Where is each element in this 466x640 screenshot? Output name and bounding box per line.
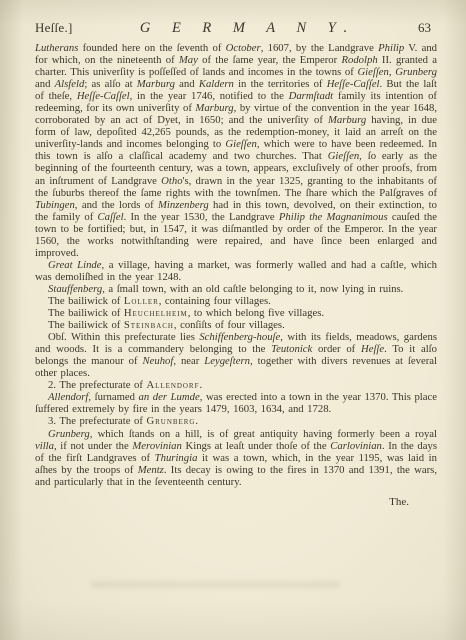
paragraph-great-linde: Great Linde, a village, having a market,… [35, 259, 437, 283]
paragraph-bailiwick-steinbach: The bailiwick of Steinbach, conſiſts of … [35, 319, 437, 331]
catchword-row: The. [35, 496, 437, 508]
paragraph-bailiwick-loller: The bailiwick of Loller, containing four… [35, 295, 437, 307]
paragraph-bailiwick-heuchelheim: The bailiwick of Heuchelheim, to which b… [35, 307, 437, 319]
catchword: The. [389, 496, 409, 508]
page-header: Heſſe.] G E R M A N Y. 63 [35, 20, 437, 37]
page-showthrough [90, 581, 340, 588]
paragraph-grunberg: Grunberg, which ſtands on a hill, is of … [35, 428, 437, 488]
running-title: G E R M A N Y. [105, 20, 391, 37]
paragraph-allendorf: Allendorf, ſurnamed an der Lumde, was er… [35, 391, 437, 415]
page-body: Lutherans founded here on the ſeventh of… [35, 42, 437, 488]
paragraph-stauffenberg: Stauffenberg, a ſmall town, with an old … [35, 283, 437, 295]
heading-prefecturate-allendorf: 2. The prefecturate of Allendorf. [35, 379, 437, 391]
book-page: Heſſe.] G E R M A N Y. 63 Lutherans foun… [0, 0, 466, 640]
heading-prefecturate-grunberg: 3. The prefecturate of Grunberg. [35, 415, 437, 427]
paragraph-observation: Obſ. Within this prefecturate lies Schif… [35, 331, 437, 379]
page-number: 63 [391, 20, 437, 36]
paragraph-lutherans: Lutherans founded here on the ſeventh of… [35, 42, 437, 259]
running-title-section: Heſſe.] [35, 20, 105, 36]
